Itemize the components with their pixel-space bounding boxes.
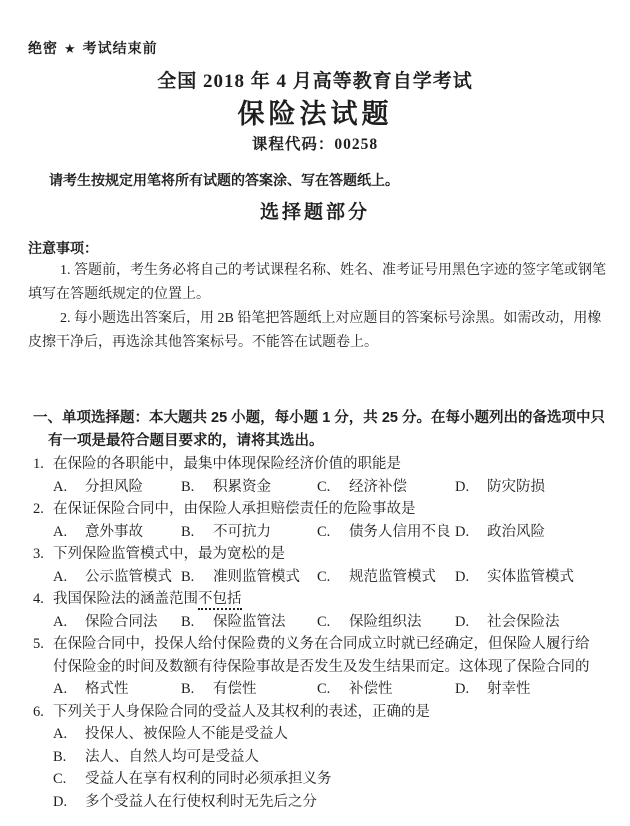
option-c: C.保险组织法 (317, 611, 422, 634)
question-stem-emphasized-text: 不包括 (198, 591, 242, 610)
option-text: 投保人、被保险人不能是受益人 (85, 726, 288, 742)
option-label: A. (53, 723, 85, 746)
question-2-options: A.意外事故 B.不可抗力 C.债务人信用不良 D.政治风险 (28, 521, 602, 544)
option-label: D. (455, 521, 487, 544)
option-text: 公示监管模式 (85, 569, 172, 585)
option-text: 意外事故 (85, 524, 143, 540)
part-one-heading: 一、单项选择题：本大题共 25 小题，每小题 1 分，共 25 分。在每小题列出… (28, 407, 602, 453)
option-label: D. (455, 566, 487, 589)
option-text: 补偿性 (349, 681, 393, 697)
option-b: B.法人、自然人均可是受益人 (28, 746, 602, 769)
option-label: D. (53, 791, 85, 814)
question-number: 6. (33, 701, 53, 724)
question-5-stem-line-1: 5.在保险合同中，投保人给付保险费的义务在合同成立时就已经确定，但保险人履行给 (28, 633, 602, 656)
question-3: 3.下列保险监管模式中，最为宽松的是 A.公示监管模式 B.准则监管模式 C.规… (28, 543, 602, 588)
question-1-options: A.分担风险 B.积累资金 C.经济补偿 D.防灾防损 (28, 476, 602, 499)
option-text: 债务人信用不良 (349, 524, 451, 540)
option-text: 分担风险 (85, 479, 143, 495)
option-text: 准则监管模式 (213, 569, 300, 585)
option-b: B.保险监管法 (181, 611, 286, 634)
option-d: D.政治风险 (455, 521, 545, 544)
option-a: A.保险合同法 (53, 611, 158, 634)
course-code: 课程代码：00258 (28, 134, 602, 156)
option-label: D. (455, 678, 487, 701)
option-label: B. (53, 746, 85, 769)
option-label: A. (53, 678, 85, 701)
option-label: A. (53, 476, 85, 499)
option-c: C.补偿性 (317, 678, 393, 701)
option-label: A. (53, 521, 85, 544)
option-label: C. (317, 521, 349, 544)
option-b: B.准则监管模式 (181, 566, 300, 589)
question-4-options: A.保险合同法 B.保险监管法 C.保险组织法 D.社会保险法 (28, 611, 602, 634)
part-one-heading-line-1: 一、单项选择题：本大题共 25 小题，每小题 1 分，共 25 分。在每小题列出… (28, 407, 602, 430)
option-a: A.分担风险 (53, 476, 143, 499)
classification-line: 绝密★考试结束前 (28, 38, 602, 56)
option-c: C.受益人在享有权利的同时必须承担义务 (28, 768, 602, 791)
option-b: B.有偿性 (181, 678, 257, 701)
notes-block: 注意事项： 1. 答题前，考生务必将自己的考试课程名称、姓名、准考证号用黑色字迹… (28, 237, 602, 355)
option-label: C. (317, 678, 349, 701)
option-b: B.积累资金 (181, 476, 271, 499)
question-4: 4.我国保险法的涵盖范围不包括 A.保险合同法 B.保险监管法 C.保险组织法 … (28, 588, 602, 633)
question-2: 2.在保证保险合同中，由保险人承担赔偿责任的危险事故是 A.意外事故 B.不可抗… (28, 498, 602, 543)
question-5-stem-line-2: 付保险金的时间及数额有待保险事故是否发生及发生结果而定。这体现了保险合同的 (28, 656, 602, 679)
option-text: 不可抗力 (213, 524, 271, 540)
option-label: B. (181, 476, 213, 499)
option-label: B. (181, 521, 213, 544)
question-stem-text: 下列保险监管模式中，最为宽松的是 (53, 546, 285, 562)
option-label: D. (455, 611, 487, 634)
note-2-line-2: 皮擦干净后，再选涂其他答案标号。不能答在试题卷上。 (28, 331, 602, 355)
option-label: D. (455, 476, 487, 499)
option-text: 射幸性 (487, 681, 531, 697)
option-text: 积累资金 (213, 479, 271, 495)
timing-label: 考试结束前 (83, 40, 158, 56)
question-stem-text: 我国保险法的涵盖范围 (53, 591, 198, 607)
option-text: 政治风险 (487, 524, 545, 540)
question-3-options: A.公示监管模式 B.准则监管模式 C.规范监管模式 D.实体监管模式 (28, 566, 602, 589)
answer-instruction: 请考生按规定用笔将所有试题的答案涂、写在答题纸上。 (28, 172, 602, 192)
question-4-stem: 4.我国保险法的涵盖范围不包括 (28, 588, 602, 611)
option-text: 保险组织法 (349, 614, 422, 630)
question-6-stem: 6.下列关于人身保险合同的受益人及其权利的表述，正确的是 (28, 701, 602, 724)
option-b: B.不可抗力 (181, 521, 271, 544)
question-stem-text: 在保险合同中，投保人给付保险费的义务在合同成立时就已经确定，但保险人履行给 (53, 636, 590, 652)
option-text: 法人、自然人均可是受益人 (85, 749, 259, 765)
question-stem-text: 在保险的各职能中，最集中体现保险经济价值的职能是 (53, 456, 401, 472)
note-1-line-2: 填写在答题纸规定的位置上。 (28, 283, 602, 307)
question-number: 1. (33, 453, 53, 476)
option-d: D.防灾防损 (455, 476, 545, 499)
question-number: 5. (33, 633, 53, 656)
option-c: C.经济补偿 (317, 476, 407, 499)
option-d: D.社会保险法 (455, 611, 560, 634)
exam-paper-page: 绝密★考试结束前 全国 2018 年 4 月高等教育自学考试 保险法试题 课程代… (0, 0, 630, 826)
question-number: 4. (33, 588, 53, 611)
option-label: C. (317, 566, 349, 589)
option-a: A.投保人、被保险人不能是受益人 (28, 723, 602, 746)
section-title: 选择题部分 (28, 200, 602, 226)
option-c: C.规范监管模式 (317, 566, 436, 589)
option-text: 保险合同法 (85, 614, 158, 630)
exam-subject-title: 保险法试题 (28, 96, 602, 132)
option-label: B. (181, 611, 213, 634)
option-text: 保险监管法 (213, 614, 286, 630)
option-a: A.意外事故 (53, 521, 143, 544)
notes-title: 注意事项： (28, 237, 602, 259)
option-c: C.债务人信用不良 (317, 521, 451, 544)
option-a: A.公示监管模式 (53, 566, 172, 589)
question-2-stem: 2.在保证保险合同中，由保险人承担赔偿责任的危险事故是 (28, 498, 602, 521)
option-d: D.射幸性 (455, 678, 531, 701)
note-1-line-1: 1. 答题前，考生务必将自己的考试课程名称、姓名、准考证号用黑色字迹的签字笔或钢… (28, 259, 602, 283)
option-d: D.多个受益人在行使权利时无先后之分 (28, 791, 602, 814)
note-2-line-1: 2. 每小题选出答案后，用 2B 铅笔把答题纸上对应题目的答案标号涂黑。如需改动… (28, 307, 602, 331)
option-d: D.实体监管模式 (455, 566, 574, 589)
question-1-stem: 1.在保险的各职能中，最集中体现保险经济价值的职能是 (28, 453, 602, 476)
question-3-stem: 3.下列保险监管模式中，最为宽松的是 (28, 543, 602, 566)
secrecy-label: 绝密 (28, 40, 58, 56)
option-text: 有偿性 (213, 681, 257, 697)
question-number: 2. (33, 498, 53, 521)
option-label: B. (181, 566, 213, 589)
option-label: C. (317, 476, 349, 499)
option-text: 规范监管模式 (349, 569, 436, 585)
question-5-options: A.格式性 B.有偿性 C.补偿性 D.射幸性 (28, 678, 602, 701)
question-stem-text: 下列关于人身保险合同的受益人及其权利的表述，正确的是 (53, 704, 430, 720)
option-text: 多个受益人在行使权利时无先后之分 (85, 794, 317, 810)
question-1: 1.在保险的各职能中，最集中体现保险经济价值的职能是 A.分担风险 B.积累资金… (28, 453, 602, 498)
option-label: B. (181, 678, 213, 701)
option-label: A. (53, 611, 85, 634)
question-6: 6.下列关于人身保险合同的受益人及其权利的表述，正确的是 A.投保人、被保险人不… (28, 701, 602, 814)
exam-session-title: 全国 2018 年 4 月高等教育自学考试 (28, 70, 602, 94)
part-one-heading-line-2: 有一项是最符合题目要求的，请将其选出。 (28, 430, 602, 453)
question-number: 3. (33, 543, 53, 566)
question-5: 5.在保险合同中，投保人给付保险费的义务在合同成立时就已经确定，但保险人履行给 … (28, 633, 602, 701)
option-text: 受益人在享有权利的同时必须承担义务 (85, 771, 332, 787)
option-text: 经济补偿 (349, 479, 407, 495)
questions-area: 1.在保险的各职能中，最集中体现保险经济价值的职能是 A.分担风险 B.积累资金… (28, 453, 602, 813)
star-icon: ★ (58, 41, 83, 56)
option-text: 防灾防损 (487, 479, 545, 495)
option-label: C. (317, 611, 349, 634)
question-stem-text: 在保证保险合同中，由保险人承担赔偿责任的危险事故是 (53, 501, 416, 517)
option-a: A.格式性 (53, 678, 129, 701)
option-text: 格式性 (85, 681, 129, 697)
option-text: 实体监管模式 (487, 569, 574, 585)
option-label: A. (53, 566, 85, 589)
option-label: C. (53, 768, 85, 791)
option-text: 社会保险法 (487, 614, 560, 630)
